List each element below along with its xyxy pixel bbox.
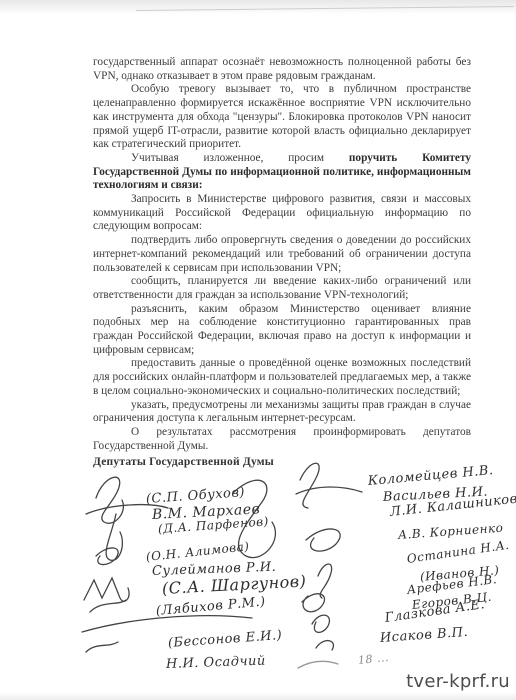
- paragraph: государственный аппарат осознаёт невозмо…: [93, 56, 471, 83]
- signature-name: В.М. Мархаев: [152, 501, 261, 523]
- signature-name: (Иванов Н.): [419, 563, 500, 584]
- scan-edge-line: [136, 6, 514, 11]
- paragraph: предоставить данные о проведённой оценке…: [93, 357, 471, 398]
- paragraph: О результатах рассмотрения проинформиров…: [93, 426, 471, 453]
- signature-name: (Бессонов Е.И.): [167, 628, 282, 651]
- signature-name: Л.И. Калашников: [389, 492, 516, 520]
- paragraph: Учитывая изложенное, просим поручить Ком…: [93, 152, 471, 193]
- letter-body: государственный аппарат осознаёт невозмо…: [93, 56, 471, 453]
- signature-name: 18 ...: [357, 651, 389, 667]
- signature-name: (Д.А. Парфенов): [158, 514, 270, 536]
- signature-name: Коломейцев Н.В.: [367, 463, 494, 489]
- signature-name: (О.Н. Алимова): [145, 539, 250, 564]
- signature-name: Васильев Н.И.: [383, 485, 489, 505]
- signature-name: (С.А. Шаргунов): [162, 571, 307, 598]
- signatories-heading: Депутаты Государственной Думы: [93, 456, 274, 468]
- paragraph: Особую тревогу вызывает то, что в публич…: [93, 83, 471, 152]
- paragraph: Запросить в Министерстве цифрового разви…: [93, 193, 471, 234]
- paragraph: указать, предусмотрены ли механизмы защи…: [93, 399, 471, 426]
- signature-name: Глазкова А.Е.: [384, 597, 486, 626]
- signature-name: Сулейманов Р.И.: [152, 560, 277, 579]
- site-watermark: tver-kprf.ru: [406, 671, 510, 692]
- scanned-letter-page: государственный аппарат осознаёт невозмо…: [0, 0, 516, 700]
- paragraph: сообщить, планируется ли введение каких-…: [93, 275, 471, 302]
- signature-name: Арефьев Н.В.: [406, 572, 498, 597]
- signature-name: Н.И. Осадчий: [166, 654, 266, 672]
- signature-name: (Лябихов Р.М.): [155, 594, 266, 619]
- signature-name: А.В. Корниенко: [398, 521, 504, 542]
- paragraph: разъяснить, каким образом Министерство о…: [93, 303, 471, 358]
- signature-name: Останина Н.А.: [406, 538, 510, 566]
- signature-name: Исаков В.П.: [379, 625, 468, 646]
- signature-name: Егоров В.Ц.: [411, 590, 492, 612]
- signature-name: (С.П. Обухов): [145, 485, 245, 507]
- paragraph: подтвердить либо опровергнуть сведения о…: [93, 234, 471, 275]
